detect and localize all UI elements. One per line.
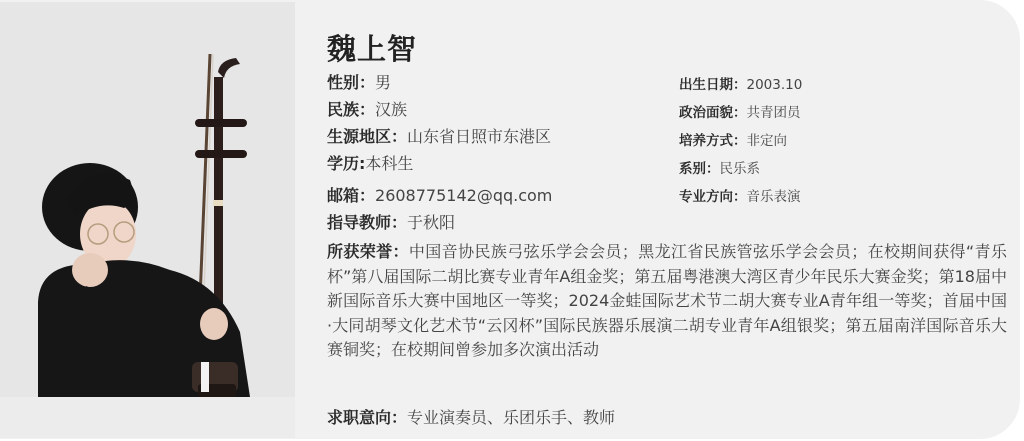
- field-label: 性别：: [327, 73, 375, 92]
- field-label: 生源地区：: [327, 127, 407, 146]
- field-label: 学历:: [327, 154, 365, 173]
- field-label: 专业方向：: [679, 189, 747, 205]
- field-department: 系别：民乐系: [679, 160, 760, 178]
- field-value: 民乐系: [720, 161, 761, 177]
- field-value: 2003.10: [747, 77, 803, 93]
- field-major: 专业方向：音乐表演: [679, 188, 801, 206]
- field-label: 系别：: [679, 161, 720, 177]
- field-label: 民族：: [327, 100, 375, 119]
- profile-info: 魏上智 性别：男 民族：汉族 生源地区：山东省日照市东港区 学历:本科生 邮箱：…: [327, 0, 1000, 439]
- field-label: 出生日期：: [679, 77, 747, 93]
- profile-photo: [0, 2, 295, 438]
- field-value: 非定向: [747, 133, 788, 149]
- field-label: 所获荣誉：: [327, 242, 409, 261]
- honors-text: 中国音协民族弓弦乐学会会员；黑龙江省民族管弦乐学会会员；在校期间获得“青乐杯”第…: [327, 242, 1007, 359]
- field-email: 邮箱：2608775142@qq.com: [327, 186, 552, 206]
- field-label: 培养方式：: [679, 133, 747, 149]
- field-birthdate: 出生日期：2003.10: [679, 76, 802, 94]
- field-value: 音乐表演: [747, 189, 801, 205]
- field-value: 山东省日照市东港区: [407, 127, 551, 146]
- field-value: 男: [375, 73, 391, 92]
- field-training-mode: 培养方式：非定向: [679, 132, 787, 150]
- email-value[interactable]: 2608775142@qq.com: [375, 186, 552, 205]
- field-advisor: 指导教师：于秋阳: [327, 213, 455, 233]
- field-honors: 所获荣誉：中国音协民族弓弦乐学会会员；黑龙江省民族管弦乐学会会员；在校期间获得“…: [327, 240, 1007, 363]
- field-label: 邮箱：: [327, 186, 375, 205]
- field-ethnicity: 民族：汉族: [327, 100, 407, 120]
- field-job-intent: 求职意向：专业演奏员、乐团乐手、教师: [327, 408, 615, 428]
- field-value: 本科生: [365, 154, 413, 173]
- field-label: 指导教师：: [327, 213, 407, 232]
- person-name: 魏上智: [327, 27, 417, 68]
- field-label: 求职意向：: [327, 408, 407, 427]
- field-label: 政治面貌：: [679, 105, 747, 121]
- field-value: 汉族: [375, 100, 407, 119]
- field-value: 共青团员: [747, 105, 801, 121]
- field-value: 专业演奏员、乐团乐手、教师: [407, 408, 615, 427]
- field-political-status: 政治面貌：共青团员: [679, 104, 801, 122]
- portrait-illustration: [0, 2, 295, 438]
- profile-card: 魏上智 性别：男 民族：汉族 生源地区：山东省日照市东港区 学历:本科生 邮箱：…: [0, 0, 1020, 439]
- field-value: 于秋阳: [407, 213, 455, 232]
- field-gender: 性别：男: [327, 73, 391, 93]
- field-education: 学历:本科生: [327, 154, 413, 174]
- field-origin: 生源地区：山东省日照市东港区: [327, 127, 551, 147]
